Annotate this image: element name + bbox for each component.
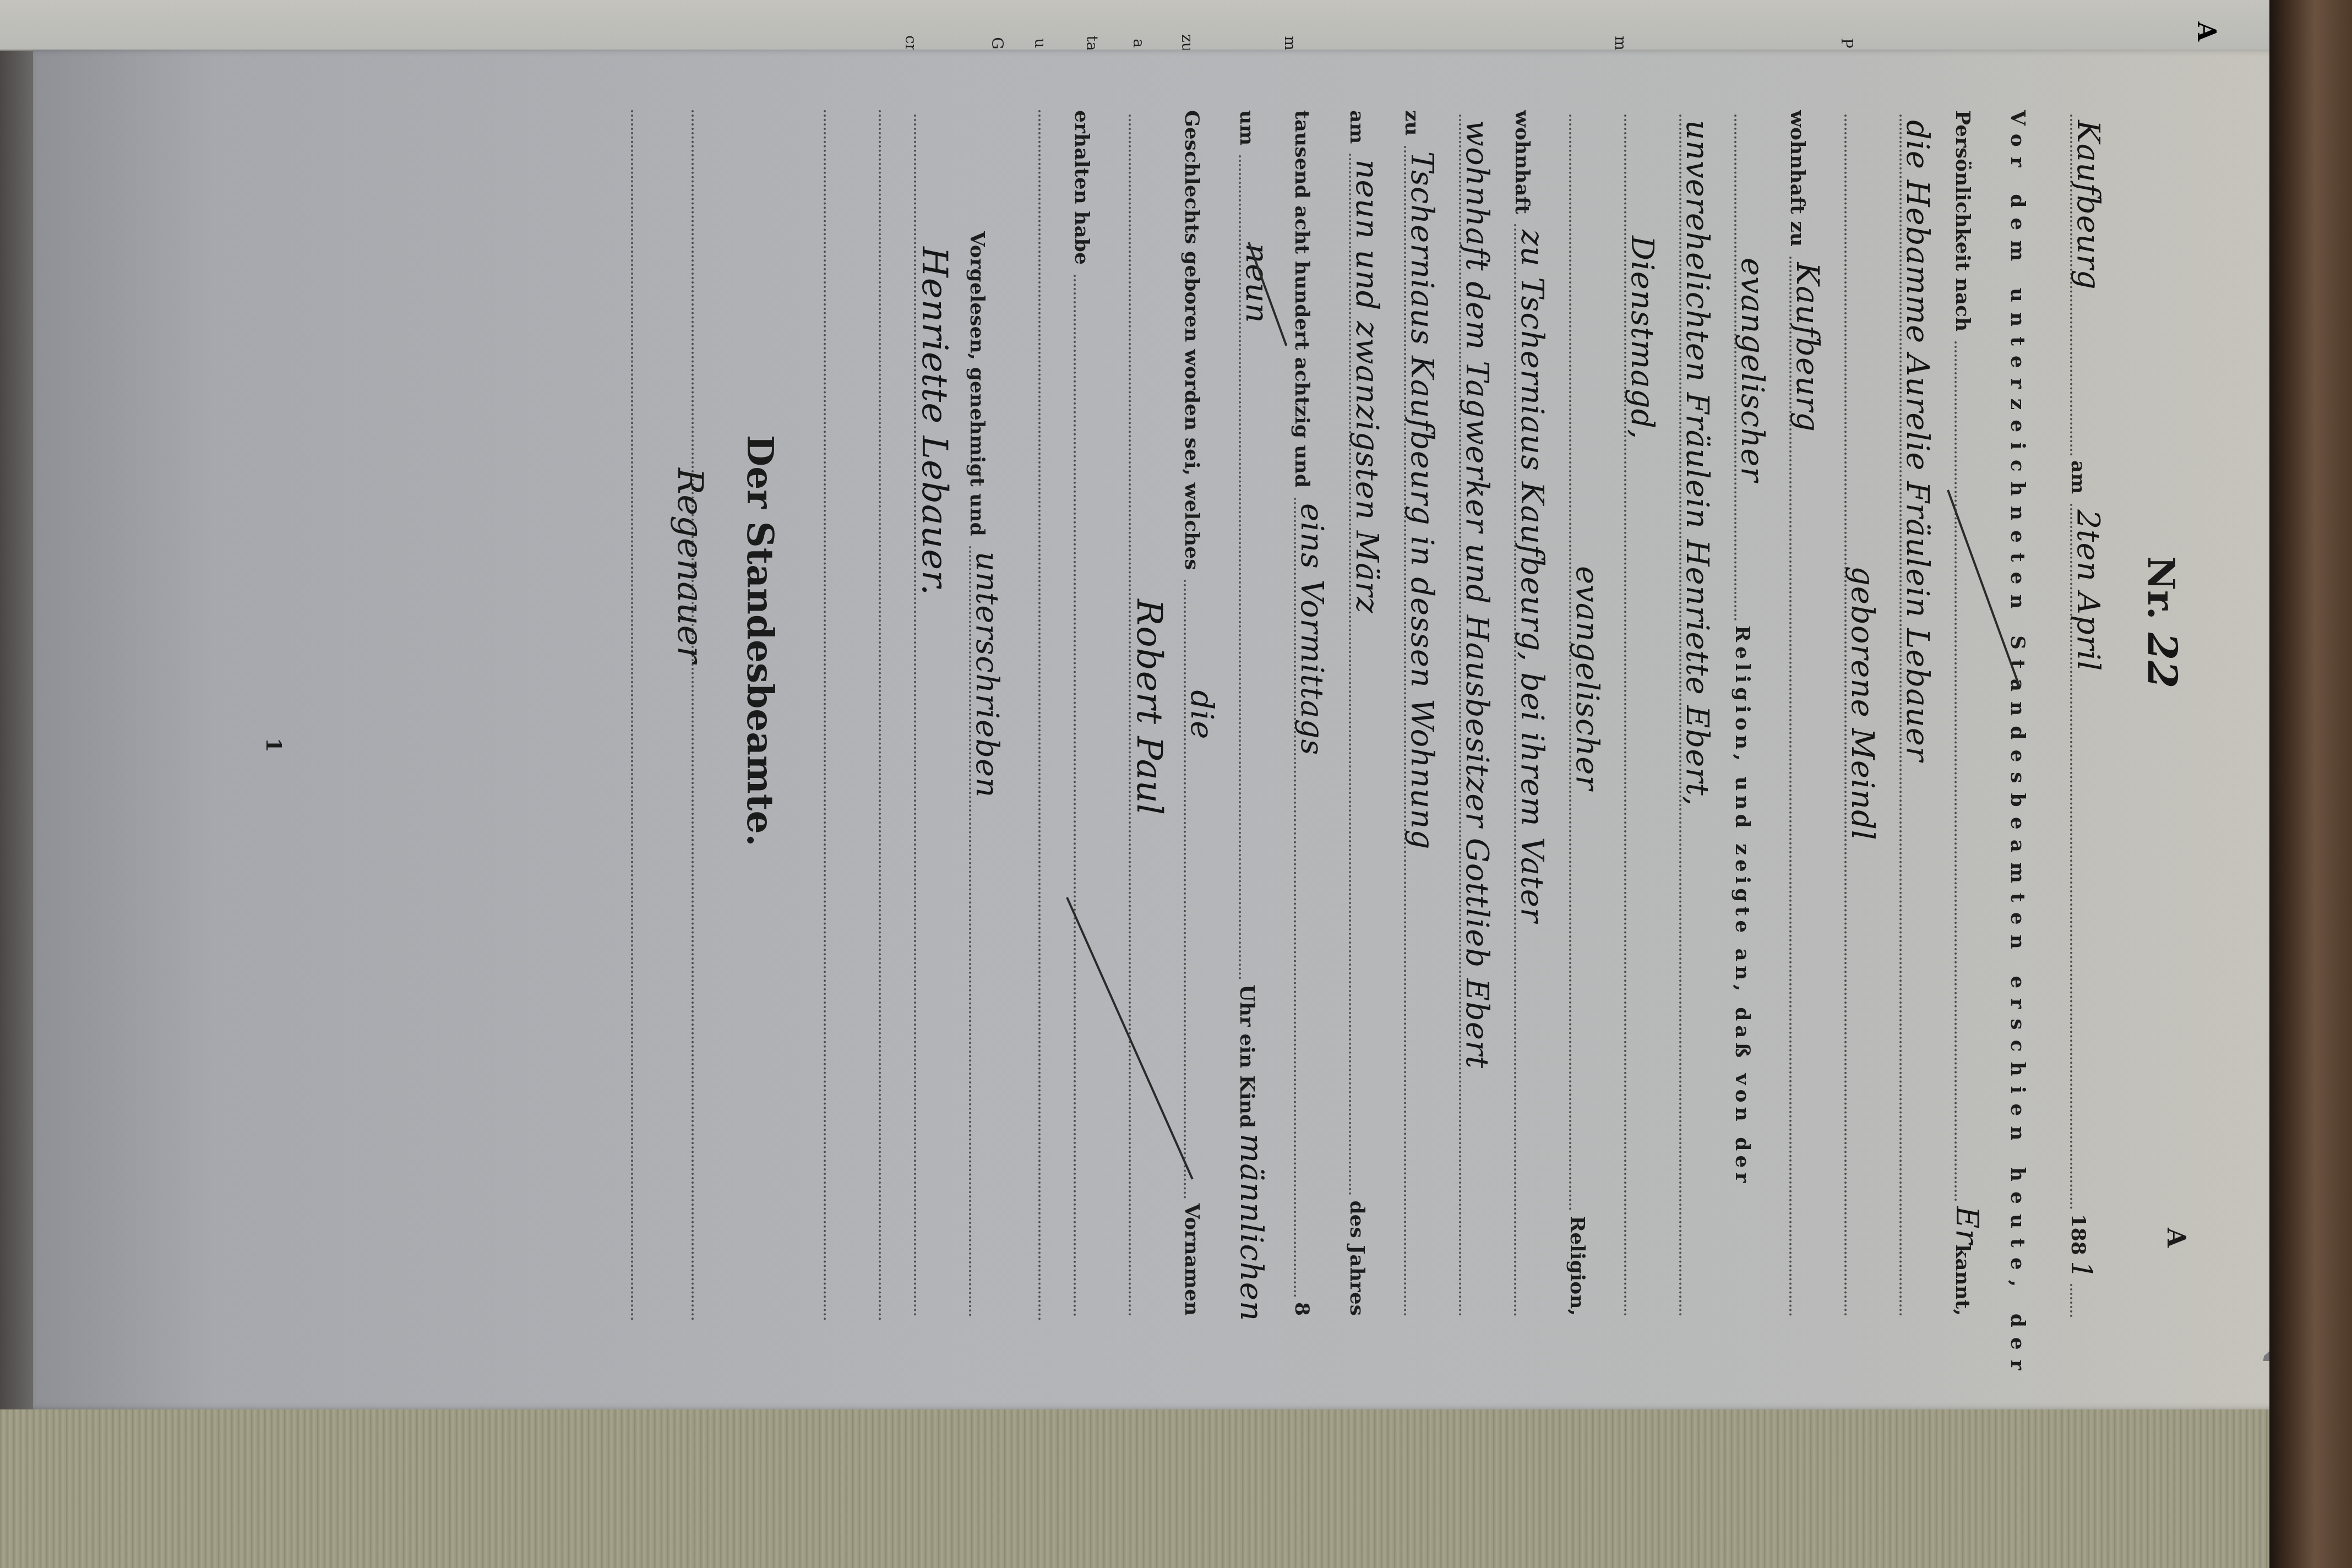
register-page: 2022 A Nr. 22 Kaufbeurg am 2ten April 18…	[33, 50, 2279, 1409]
line-birth-time: um neun Uhr ein Kind männlichen	[1233, 110, 1266, 1321]
book-binding	[2269, 0, 2352, 1568]
birthplace-handwritten: Tscherniaus Kaufbeurg in dessen Wohnung	[1404, 151, 1440, 850]
label-am-2: am	[1343, 110, 1369, 149]
entry-number-value: 22	[2139, 633, 2186, 689]
line-identity: Persönlichkeit nach Er kannt,	[1949, 110, 1982, 1321]
informant-signature: Henriette Lebauer.	[914, 247, 955, 596]
sex-handwritten: männlichen	[1233, 1134, 1269, 1321]
line-intro: Vor dem unterzeichneten Standesbeamten e…	[2004, 110, 2037, 1321]
underlying-page-edge: cr G u ta a zu m m P A	[0, 0, 2279, 51]
underlying-fragment: G	[988, 37, 1006, 49]
line-read-approved: Vorgelesen, genehmigt und unterschrieben	[963, 110, 997, 1321]
label-kannt: kannt,	[1949, 1244, 1974, 1321]
informant-maiden-handwritten: geborene Meindl	[1844, 566, 1880, 841]
religion-1-handwritten: evangelischer	[1734, 258, 1770, 482]
underlying-form-letter: A	[2192, 21, 2222, 41]
underlying-fragment: cr	[902, 35, 920, 51]
intro-text: Vor dem unterzeichneten Standesbeamten e…	[2004, 110, 2029, 1327]
underlying-fragment: ta	[1083, 36, 1101, 51]
label-erhalten-habe: erhalten habe	[1068, 110, 1093, 270]
entry-number-label: Nr.	[2139, 556, 2183, 619]
line-father-note: wohnhaft dem Tagwerker und Hausbesitzer …	[1453, 110, 1487, 1321]
known-handwritten: Er	[1949, 1206, 1985, 1245]
label-des-jahres: des Jahres	[1343, 1200, 1369, 1321]
label-tausend: tausend acht hundert achtzig und	[1288, 110, 1314, 493]
label-year-prefix: 188	[2065, 1214, 2090, 1261]
birth-hour-handwritten: neun	[1239, 243, 1275, 323]
line-residence-2: wohnhaft zu Tscherniaus Kaufbeurg, bei i…	[1509, 110, 1542, 1321]
label-geschlechts: Geschlechts geboren worden sei, welches	[1178, 110, 1204, 575]
underlying-fragment: m	[1281, 36, 1299, 51]
blank-line	[631, 110, 633, 1321]
label-zu: zu	[1398, 110, 1424, 141]
line-religion-2: evangelischer Religion,	[1564, 110, 1597, 1321]
father-note-handwritten: wohnhaft dem Tagwerker und Hausbesitzer …	[1459, 120, 1495, 1069]
label-religion-announce: Religion, und zeigte an, daß von der	[1729, 625, 1754, 1193]
photo-scene: cr G u ta a zu m m P A 2022 A Nr. 22 Ka	[0, 0, 2352, 1568]
line-birth-year: tausend acht hundert achtzig und eins Vo…	[1288, 110, 1321, 1321]
residence-handwritten: Kaufbeurg	[1789, 262, 1825, 432]
underlying-fragment: u	[1031, 38, 1049, 48]
birth-year-handwritten: eins Vormittags	[1294, 503, 1330, 755]
read-approved-text: Vorgelesen, genehmigt und	[963, 231, 989, 542]
blank-line	[879, 110, 881, 1321]
birth-record-form: 2022 A Nr. 22 Kaufbeurg am 2ten April 18…	[33, 50, 2279, 1409]
underlying-fragment: m	[1611, 36, 1630, 51]
line-informant-maiden: geborene Meindl	[1839, 110, 1872, 1321]
blank-line	[1038, 110, 1041, 1321]
line-birthplace: zu Tscherniaus Kaufbeurg in dessen Wohnu…	[1398, 110, 1431, 1321]
line-informant-signature: Henriette Lebauer.	[908, 110, 941, 1321]
official-title: Der Standesbeamte.	[739, 435, 782, 846]
label-8: 8	[1288, 1302, 1314, 1321]
informant-handwritten: die Hebamme Aurelie Fräulein Lebauer	[1899, 120, 1935, 762]
page-number: 1	[262, 738, 286, 752]
line-mother-1: unverehelichten Fräulein Henriette Ebert…	[1674, 110, 1707, 1321]
page-stack-edge	[0, 1409, 2279, 1568]
line-religion-1: evangelischer Religion, und zeigte an, d…	[1729, 110, 1762, 1321]
date-handwritten: 2ten April	[2070, 509, 2106, 671]
label-wohnhaft-zu: wohnhaft zu	[1784, 110, 1809, 252]
form-letter: A	[2162, 1228, 2191, 1248]
given-name-handwritten: Robert Paul	[1129, 599, 1169, 815]
blank-line	[824, 110, 826, 1321]
article-handwritten: die	[1184, 690, 1219, 739]
line-received: erhalten habe	[1068, 110, 1101, 1321]
line-birth-date: am neun und zwanzigsten März des Jahres	[1343, 110, 1376, 1321]
label-wohnhaft: wohnhaft	[1509, 110, 1534, 220]
label-religion: Religion,	[1564, 1216, 1589, 1321]
blank-line	[692, 110, 694, 1321]
mother-handwritten: unverehelichten Fräulein Henriette Ebert…	[1679, 120, 1715, 806]
label-uhr-ein-kind: Uhr ein Kind	[1233, 984, 1259, 1134]
year-digit-handwritten: 1	[2065, 1261, 2098, 1280]
underlying-fragment: a	[1130, 39, 1148, 48]
line-residence-1: wohnhaft zu Kaufbeurg	[1784, 110, 1817, 1321]
mother-occupation-handwritten: Dienstmagd,	[1624, 236, 1660, 439]
line-place-date: Kaufbeurg am 2ten April 188 1	[2065, 110, 2098, 1321]
label-am: am	[2065, 460, 2090, 499]
label-vornamen: Vornamen	[1178, 1204, 1204, 1321]
official-signature: Regenauer	[669, 468, 710, 663]
religion-2-handwritten: evangelischer	[1569, 566, 1605, 791]
read-approved-handwritten: unterschrieben	[969, 552, 1005, 798]
line-informant: die Hebamme Aurelie Fräulein Lebauer	[1894, 110, 1927, 1321]
birth-date-handwritten: neun und zwanzigsten März	[1349, 159, 1385, 613]
line-sex-name: Geschlechts geboren worden sei, welches …	[1178, 110, 1211, 1321]
line-given-name: Robert Paul	[1123, 110, 1156, 1321]
place-handwritten: Kaufbeurg	[2070, 120, 2106, 290]
underlying-fragment: P	[1838, 38, 1856, 48]
label-identity: Persönlichkeit nach	[1949, 110, 1974, 337]
entry-number: Nr. 22	[2139, 556, 2186, 689]
line-mother-2: Dienstmagd,	[1619, 110, 1652, 1321]
label-um: um	[1233, 110, 1259, 151]
residence-2-handwritten: zu Tscherniaus Kaufbeurg, bei ihrem Vate…	[1514, 230, 1550, 923]
